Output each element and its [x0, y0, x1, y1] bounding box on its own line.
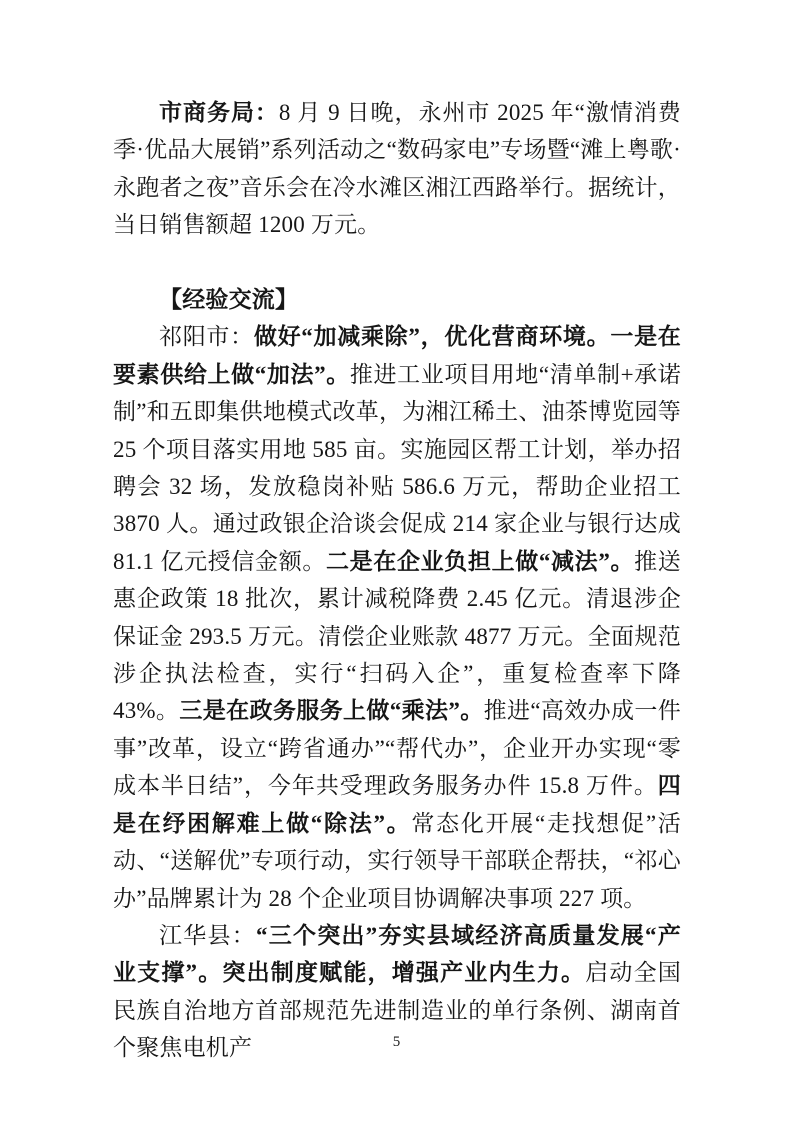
page-number: 5 — [0, 1033, 793, 1051]
paragraph-label-jianghua: 江华县： — [159, 923, 256, 948]
paragraph-label-commerce-bureau: 市商务局： — [159, 99, 279, 125]
text-run: 推进工业项目用地“清单制+承诺制”和五即集供地模式改革，为湘江稀土、油茶博览园等… — [113, 362, 681, 574]
text-content-area: 市商务局：8 月 9 日晚，永州市 2025 年“激情消费季·优品大展销”系列活… — [113, 94, 681, 1067]
paragraph-qiyang: 祁阳市：做好“加减乘除”，优化营商环境。一是在要素供给上做“加法”。推进工业项目… — [113, 318, 681, 917]
paragraph-label-qiyang: 祁阳市： — [159, 324, 254, 349]
paragraph-commerce-bureau: 市商务局：8 月 9 日晚，永州市 2025 年“激情消费季·优品大展销”系列活… — [113, 94, 681, 244]
text-run-bold: 二是在企业负担上做“减法”。 — [326, 549, 634, 574]
section-heading-experience-exchange: 【经验交流】 — [113, 281, 681, 318]
text-run-bold: 三是在政务服务上做“乘法”。 — [179, 698, 483, 723]
document-page: 市商务局：8 月 9 日晚，永州市 2025 年“激情消费季·优品大展销”系列活… — [0, 0, 793, 1122]
